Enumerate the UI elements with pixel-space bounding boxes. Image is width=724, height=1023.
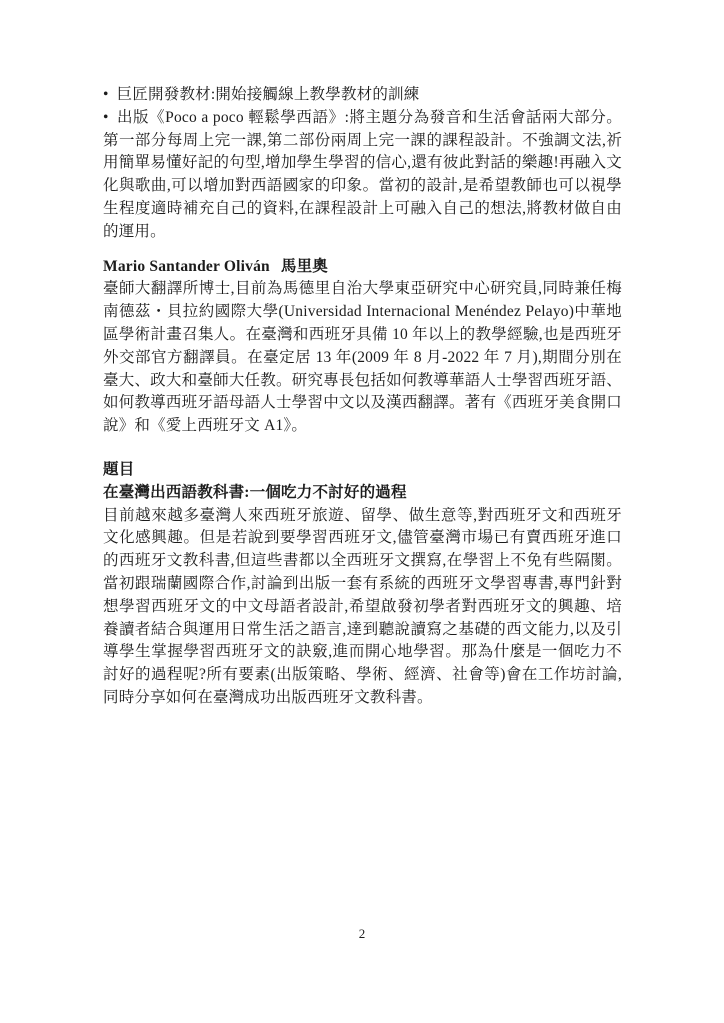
bullet-item: •巨匠開發教材:開始接觸線上教學教材的訓練 (103, 84, 622, 107)
speaker-name-chinese: 馬里奧 (281, 258, 328, 275)
topic-title: 在臺灣出西語教科書:一個吃力不討好的過程 (103, 482, 622, 505)
section-gap (103, 438, 622, 459)
topic-body: 目前越來越多臺灣人來西班牙旅遊、留學、做生意等,對西班牙文和西班牙文化感興趣。但… (103, 505, 622, 710)
section-gap (103, 244, 622, 256)
bullet-text: 出版《Poco a poco 輕鬆學西語》:將主題分為發音和生活會話兩大部分。第… (103, 109, 622, 240)
page-content: •巨匠開發教材:開始接觸線上教學教材的訓練 •出版《Poco a poco 輕鬆… (103, 84, 622, 710)
topic-label: 題目 (103, 459, 622, 482)
page-number: 2 (0, 926, 724, 942)
document-page: •巨匠開發教材:開始接觸線上教學教材的訓練 •出版《Poco a poco 輕鬆… (0, 0, 724, 1023)
bullet-icon: • (103, 86, 109, 103)
speaker-name-heading: Mario Santander Oliván馬里奧 (103, 256, 622, 279)
bullet-icon: • (103, 109, 109, 126)
bullet-item: •出版《Poco a poco 輕鬆學西語》:將主題分為發音和生活會話兩大部分。… (103, 107, 622, 244)
bullet-text: 巨匠開發教材:開始接觸線上教學教材的訓練 (117, 86, 420, 103)
speaker-bio: 臺師大翻譯所博士,目前為馬德里自治大學東亞研究中心研究員,同時兼任梅南德茲・貝拉… (103, 278, 622, 438)
speaker-name-latin: Mario Santander Oliván (103, 258, 270, 275)
